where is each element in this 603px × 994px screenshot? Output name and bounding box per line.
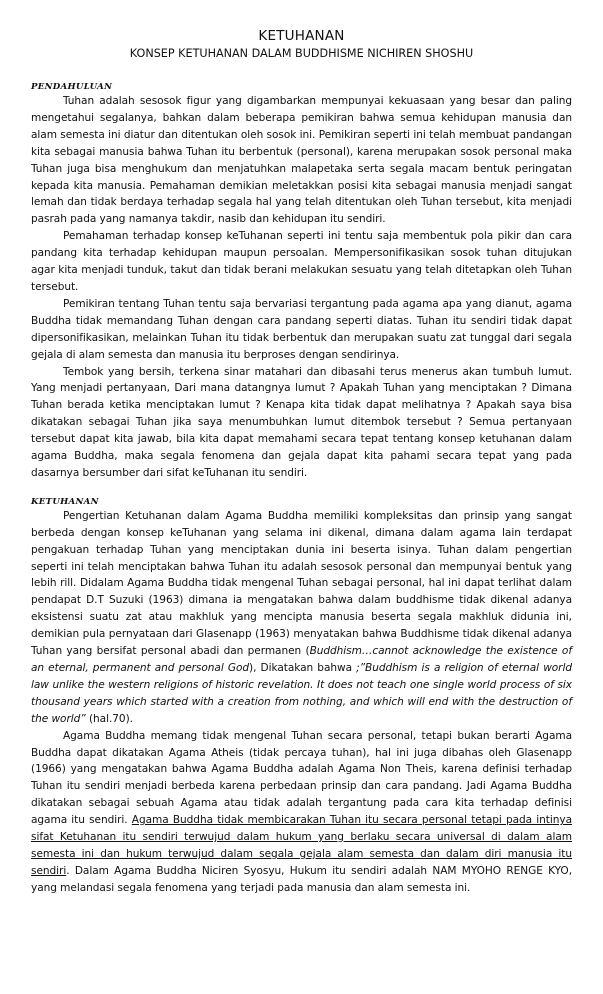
paragraph: Tembok yang bersih, terkena sinar mataha… <box>31 364 572 482</box>
section-heading-pendahuluan: PENDAHULUAN <box>31 81 572 93</box>
paragraph: Agama Buddha memang tidak mengenal Tuhan… <box>31 728 572 897</box>
paragraph: Tuhan adalah sesosok figur yang digambar… <box>31 93 572 228</box>
document-title: KETUHANAN <box>31 28 572 45</box>
paragraph-text: Pengertian Ketuhanan dalam Agama Buddha … <box>31 510 572 657</box>
document-page: KETUHANAN KONSEP KETUHANAN DALAM BUDDHIS… <box>31 28 572 897</box>
paragraph: Pemikiran tentang Tuhan tentu saja berva… <box>31 296 572 364</box>
paragraph-text: Agama Buddha memang tidak mengenal Tuhan… <box>31 730 572 827</box>
document-subtitle: KONSEP KETUHANAN DALAM BUDDHISME NICHIRE… <box>31 46 572 61</box>
section-ketuhanan: KETUHANAN Pengertian Ketuhanan dalam Aga… <box>31 496 572 897</box>
paragraph: Pengertian Ketuhanan dalam Agama Buddha … <box>31 508 572 728</box>
paragraph-text: . Dalam Agama Buddha Niciren Syosyu, Huk… <box>31 865 572 894</box>
section-heading-ketuhanan: KETUHANAN <box>31 496 572 508</box>
section-pendahuluan: PENDAHULUAN Tuhan adalah sesosok figur y… <box>31 81 572 482</box>
paragraph-text: ), Dikatakan bahwa <box>249 662 356 674</box>
citation: (hal.70). <box>86 713 133 725</box>
paragraph: Pemahaman terhadap konsep keTuhanan sepe… <box>31 228 572 296</box>
